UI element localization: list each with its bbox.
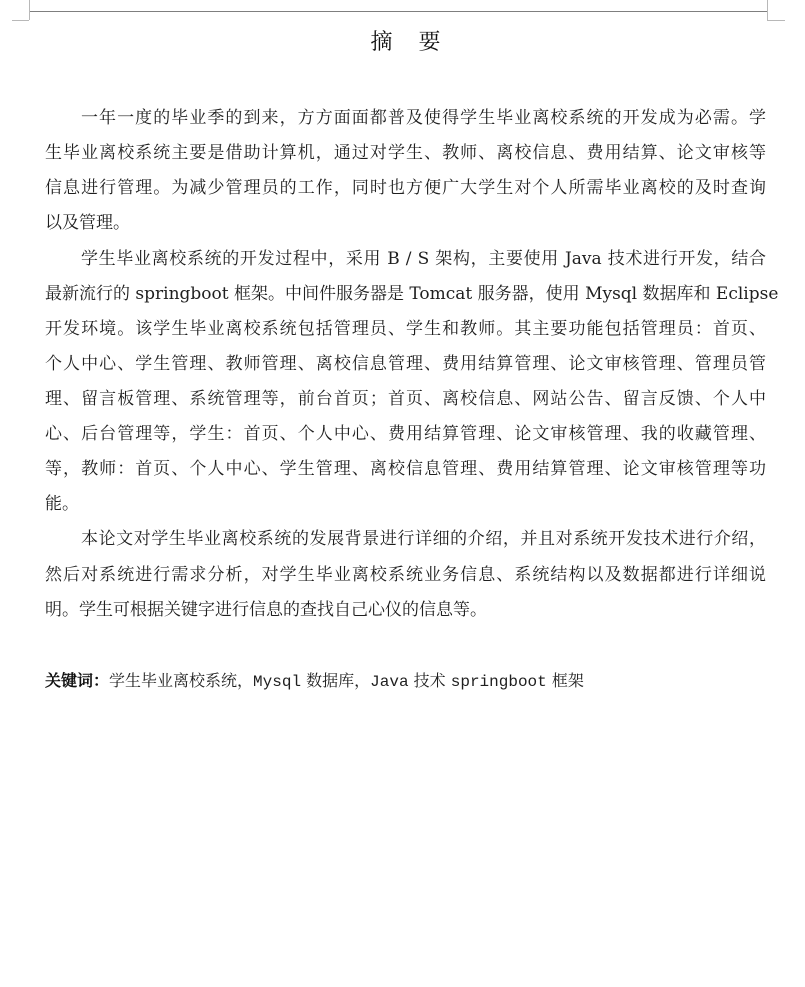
keyword-text: 数据库， <box>301 671 370 690</box>
keyword-springboot: springboot <box>451 673 547 691</box>
paragraph-line: 理、留言板管理、系统管理等，前台首页；首页、离校信息、网站公告、留言反馈、个人中 <box>45 386 766 412</box>
crop-mark-top-left-horizontal <box>12 20 29 21</box>
page-title: 摘要 <box>0 29 805 57</box>
keyword-text: 框架 <box>547 671 584 690</box>
title-char-2: 要 <box>419 30 441 55</box>
keywords-label: 关键词： <box>45 671 109 690</box>
crop-mark-top-left-vertical <box>29 0 30 20</box>
paragraph-line: 信息进行管理。为减少管理员的工作，同时也方便广大学生对个人所需毕业离校的及时查询 <box>45 175 766 201</box>
paragraph-line: 生毕业离校系统主要是借助计算机，通过对学生、教师、离校信息、费用结算、论文审核等 <box>45 140 766 166</box>
paragraph-line: 能。 <box>45 491 766 517</box>
document-page: 摘要 一年一度的毕业季的到来，方方面面都普及使得学生毕业离校系统的开发成为必需。… <box>0 0 805 987</box>
keyword-mysql: Mysql <box>253 673 301 691</box>
crop-mark-top-right-horizontal <box>767 20 785 21</box>
paragraph-line: 明。学生可根据关键字进行信息的查找自己心仪的信息等。 <box>45 597 766 623</box>
paragraph-line: 最新流行的 springboot 框架。中间件服务器是 Tomcat 服务器，使… <box>45 281 766 307</box>
header-rule <box>29 11 767 12</box>
paragraph-line: 本论文对学生毕业离校系统的发展背景进行详细的介绍，并且对系统开发技术进行介绍， <box>45 526 766 552</box>
paragraph-line: 然后对系统进行需求分析，对学生毕业离校系统业务信息、系统结构以及数据都进行详细说 <box>45 562 766 588</box>
crop-mark-top-right-vertical <box>767 0 768 20</box>
paragraph-line: 以及管理。 <box>45 210 766 236</box>
keyword-text: 学生毕业离校系统， <box>109 671 253 690</box>
paragraph-line: 一年一度的毕业季的到来，方方面面都普及使得学生毕业离校系统的开发成为必需。学 <box>45 105 766 131</box>
paragraph-line: 学生毕业离校系统的开发过程中，采用 B / S 架构，主要使用 Java 技术进… <box>45 246 766 272</box>
keywords-line: 关键词：学生毕业离校系统，Mysql 数据库，Java 技术 springboo… <box>45 668 584 694</box>
keyword-java: Java <box>370 673 408 691</box>
title-char-1: 摘 <box>370 30 392 55</box>
paragraph-line: 心、后台管理等，学生：首页、个人中心、费用结算管理、论文审核管理、我的收藏管理、 <box>45 421 766 447</box>
paragraph-line: 开发环境。该学生毕业离校系统包括管理员、学生和教师。其主要功能包括管理员：首页、 <box>45 316 766 342</box>
paragraph-line: 个人中心、学生管理、教师管理、离校信息管理、费用结算管理、论文审核管理、管理员管 <box>45 351 766 377</box>
paragraph-line: 等，教师：首页、个人中心、学生管理、离校信息管理、费用结算管理、论文审核管理等功 <box>45 456 766 482</box>
keyword-text: 技术 <box>409 671 451 690</box>
